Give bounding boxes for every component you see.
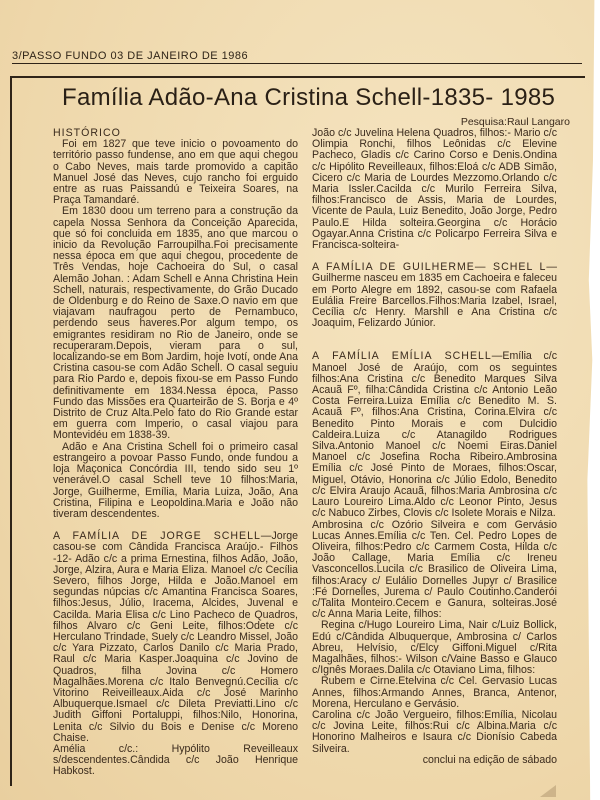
- paragraph: Rubem e Cirne.Etelvina c/c Cel. Gervasio…: [312, 676, 557, 710]
- spacer: [312, 329, 557, 340]
- paragraph: Carolina c/c João Vergueiro, filhos:Emíl…: [312, 710, 557, 755]
- paragraph: Regina c/Hugo Loureiro Lima, Nair c/Luiz…: [312, 620, 557, 676]
- section-emilia: A FAMÍLIA EMÍLIA SCHELL—Emília c/c Manoe…: [312, 351, 557, 519]
- section-text: —Jorge casou-se com Cândida Francisca Ar…: [53, 530, 298, 744]
- section-heading-jorge: A FAMÍLIA DE JORGE SCHELL: [53, 530, 261, 542]
- section-text: —Emília c/c Manoel José de Araújo, com o…: [312, 350, 557, 519]
- paragraph: Ambrosina c/c Ozório Silveira e com Gerv…: [312, 520, 557, 621]
- section-guilherme: A FAMÍLIA DE GUILHERME— SCHEL L—Guilherm…: [312, 262, 557, 329]
- paragraph: Em 1830 doou um terreno para a construçã…: [53, 206, 298, 441]
- section-jorge: A FAMÍLIA DE JORGE SCHELL—Jorge casou-se…: [53, 531, 298, 744]
- paragraph: Adão e Ana Cristina Schell foi o primeir…: [53, 442, 298, 520]
- section-heading-emilia: A FAMÍLIA EMÍLIA SCHELL: [312, 350, 492, 362]
- paragraph: João c/c Juvelina Helena Quadros, filhos…: [312, 128, 557, 251]
- continuation-note: conclui na edição de sábado: [312, 755, 557, 766]
- paragraph: Amélia c/c.: Hypólito Reveilleaux s/desc…: [53, 744, 298, 778]
- left-column: HISTÓRICO Foi em 1827 que teve inicio o …: [53, 128, 298, 778]
- divider-rule: [10, 76, 585, 78]
- paragraph: Foi em 1827 que teve inicio o povoamento…: [53, 139, 298, 206]
- page-folio: 3/PASSO FUNDO 03 DE JANEIRO DE 1986: [12, 50, 582, 64]
- right-column: João c/c Juvelina Helena Quadros, filhos…: [312, 128, 557, 766]
- paper-fold-mark: [540, 785, 556, 797]
- frame-left-rule: [10, 76, 12, 786]
- article-headline: Família Adão-Ana Cristina Schell-1835- 1…: [62, 84, 562, 112]
- section-heading-guilherme: A FAMÍLIA DE GUILHERME— SCHEL L: [312, 261, 546, 273]
